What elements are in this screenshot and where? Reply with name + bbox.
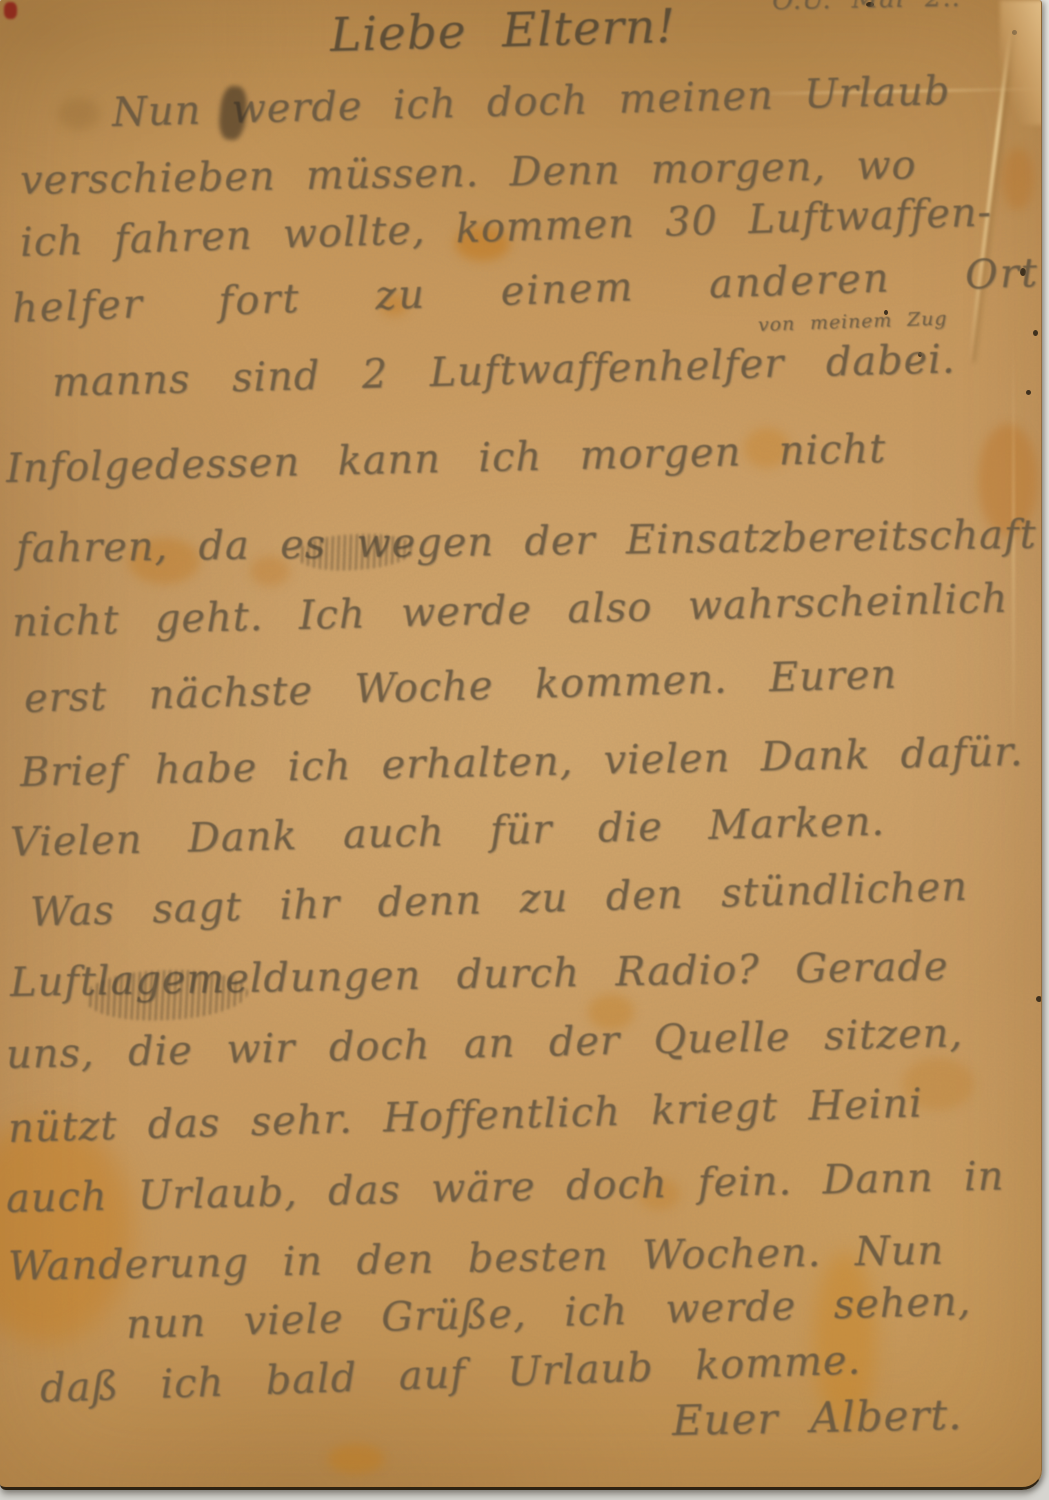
ink-speck xyxy=(1036,996,1042,1002)
paper-smudge xyxy=(58,98,100,130)
signature: Euer Albert. xyxy=(671,1390,962,1445)
ink-speck xyxy=(1033,330,1038,336)
salutation: Liebe Eltern! xyxy=(329,0,676,63)
ink-speck xyxy=(1026,390,1031,395)
paper-stain xyxy=(1002,148,1034,210)
corner-fold xyxy=(1000,0,1042,125)
red-mark xyxy=(4,2,17,19)
paper-stain xyxy=(328,1444,384,1474)
letter-paper: O.U. Mai 2.. Liebe Eltern! Nun werde ich… xyxy=(0,0,1042,1490)
scanned-letter-page: O.U. Mai 2.. Liebe Eltern! Nun werde ich… xyxy=(0,0,1049,1500)
